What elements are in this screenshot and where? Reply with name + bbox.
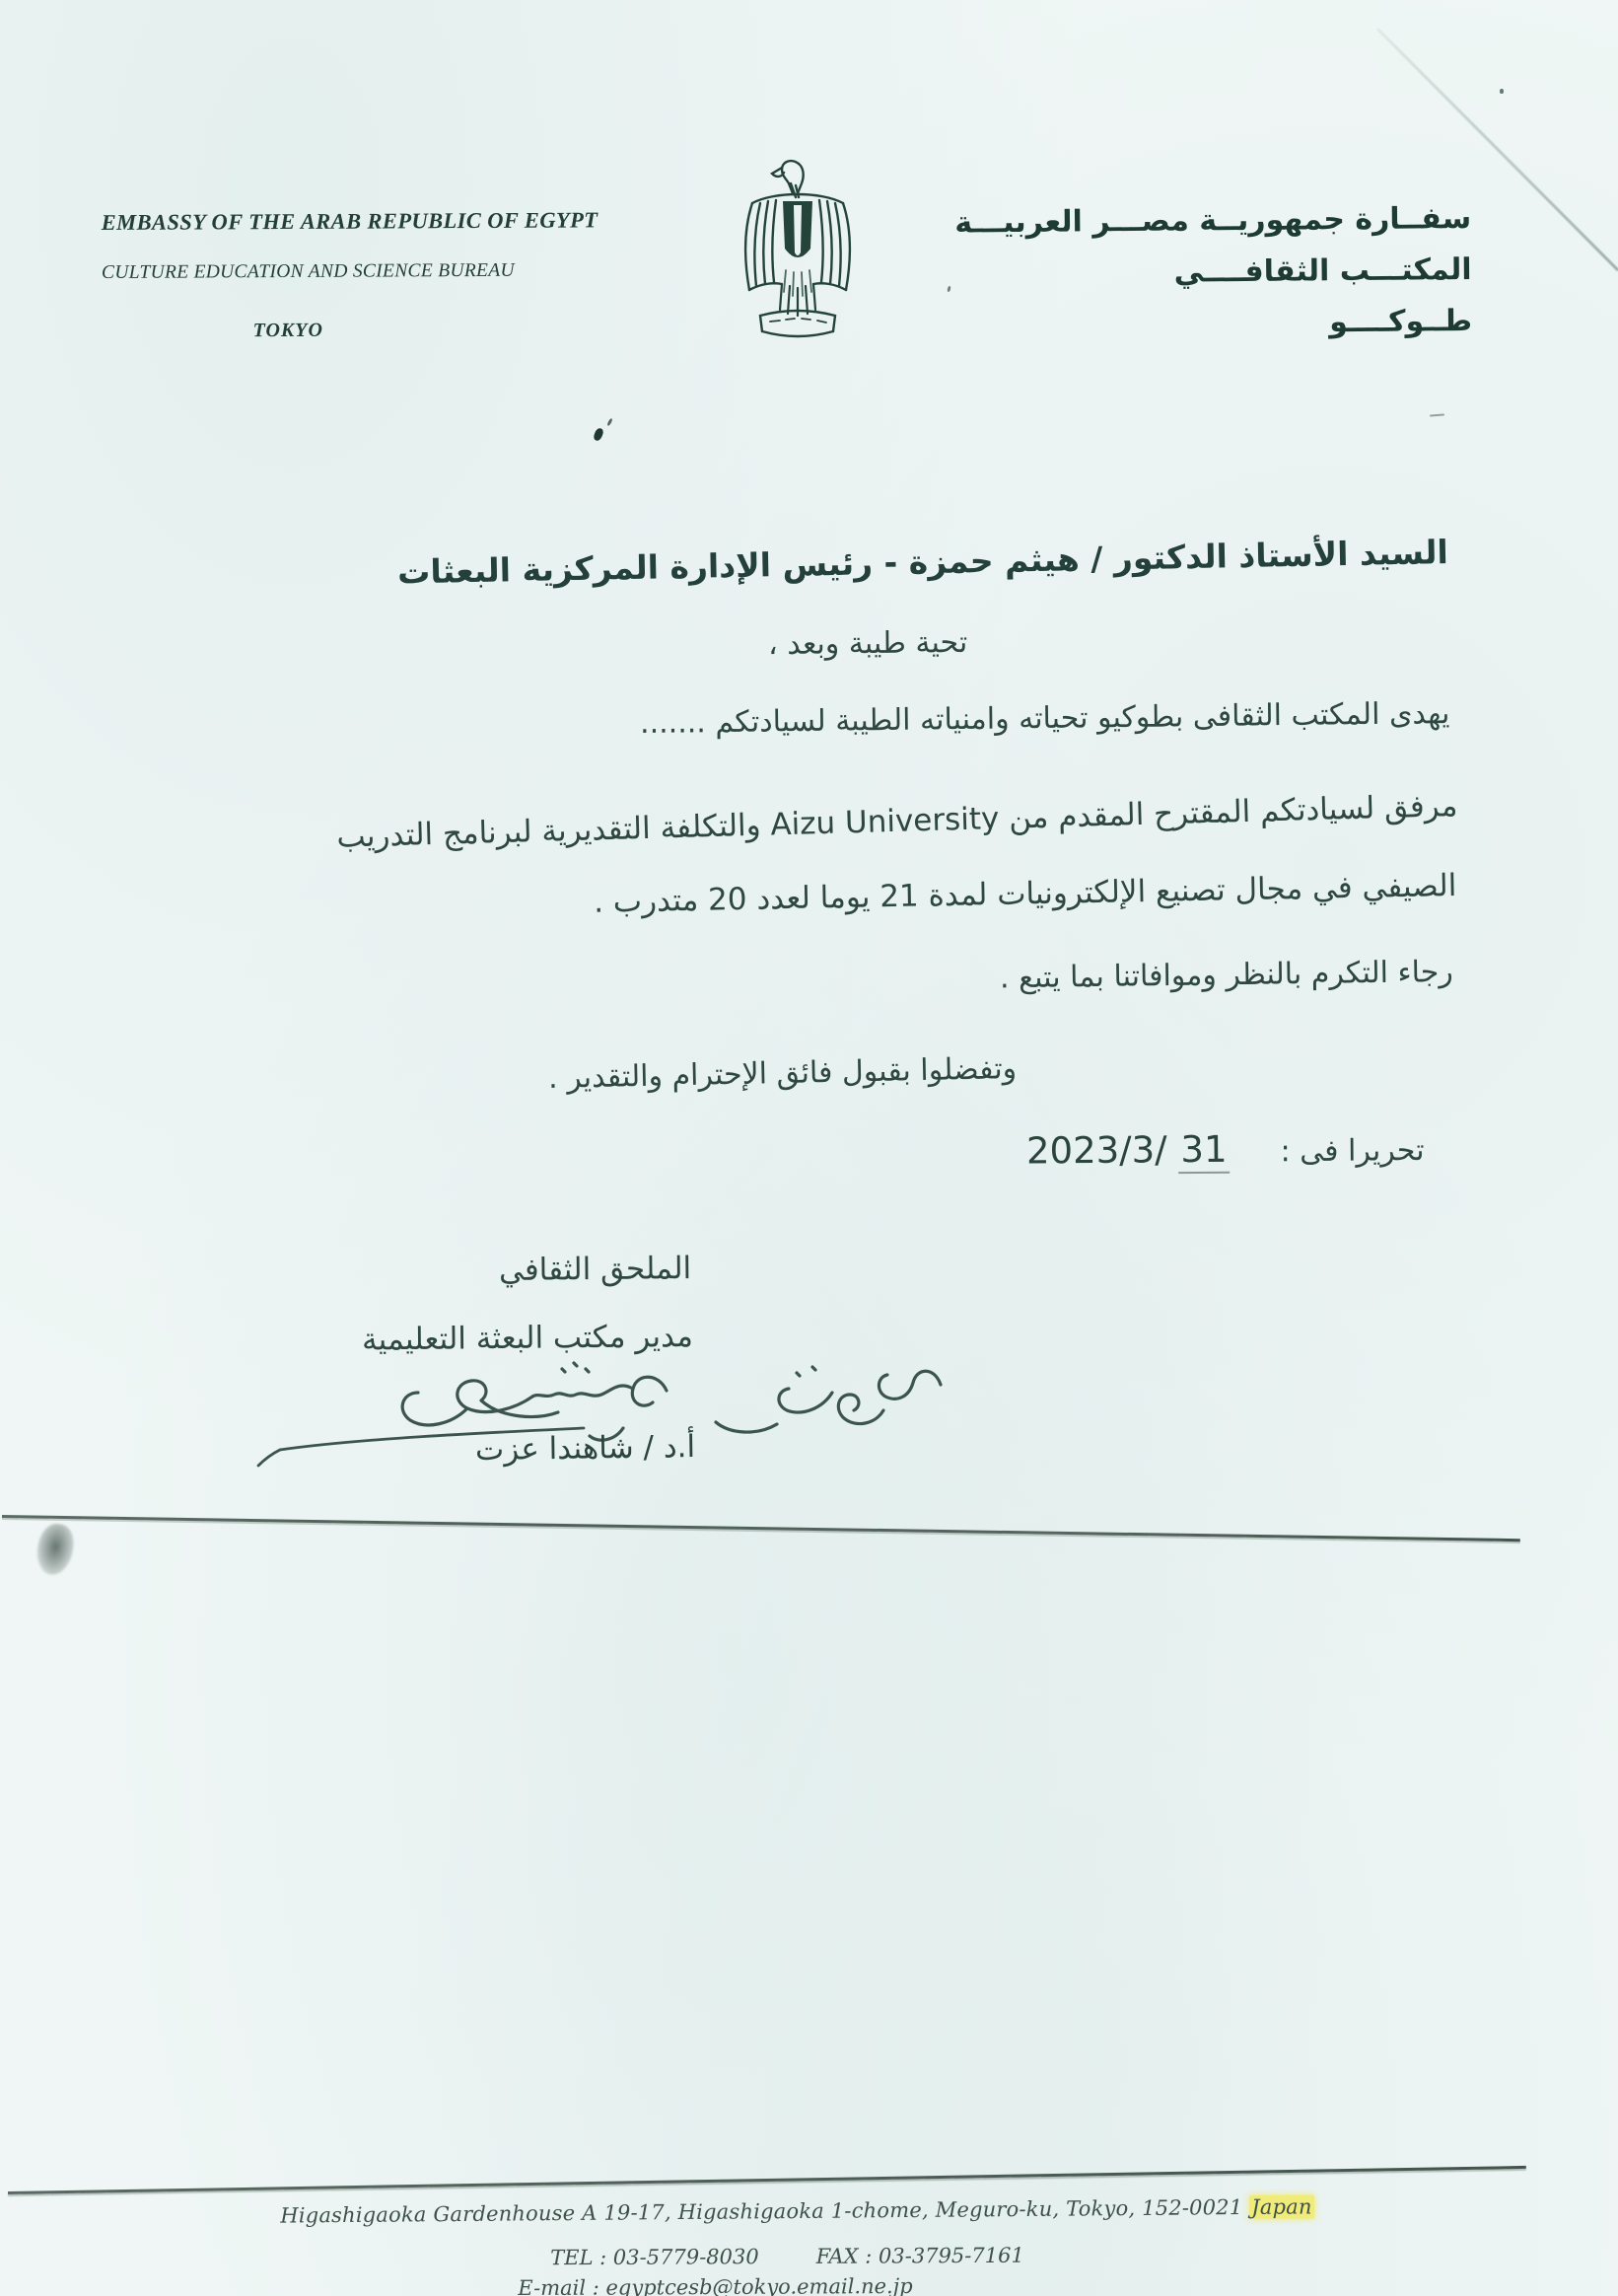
date-year-month: 2023/3/ bbox=[1026, 1128, 1179, 1172]
request-line: رجاء التكرم بالنظر وموافاتنا بما يتبع . bbox=[1000, 955, 1453, 995]
signer-title: الملحق الثقافي bbox=[499, 1251, 692, 1288]
footer-address: Higashigaoka Gardenhouse A 19-17, Higash… bbox=[0, 2192, 1606, 2230]
ink-speck bbox=[606, 418, 612, 426]
ink-speck bbox=[947, 286, 950, 293]
bureau-name-en: CULTURE EDUCATION AND SCIENCE BUREAU bbox=[102, 260, 474, 284]
date-line: تحريرا فى :2023/3/ 31 bbox=[1026, 1126, 1425, 1173]
city-name-ar: طــوكــــو bbox=[955, 296, 1472, 352]
footer-address-text: Higashigaoka Gardenhouse A 19-17, Higash… bbox=[280, 2195, 1249, 2228]
date-day: 31 bbox=[1179, 1128, 1230, 1174]
footer-email: E-mail : egyptcesb@tokyo.email.ne.jp bbox=[0, 2271, 1524, 2296]
body-paragraph-line-1: مرفق لسيادتكم المقترح المقدم من Aizu Uni… bbox=[336, 788, 1458, 855]
embassy-name-en: EMBASSY OF THE ARAB REPUBLIC OF EGYPT bbox=[102, 208, 474, 236]
date-label: تحريرا فى : bbox=[1281, 1133, 1425, 1169]
date-value: 2023/3/ 31 bbox=[1026, 1128, 1230, 1174]
greeting-line: تحية طيبة وبعد ، bbox=[768, 625, 968, 662]
intro-line: يهدى المكتب الثقافى بطوكيو تحياته وامنيا… bbox=[639, 696, 1449, 741]
fingerprint-smudge bbox=[34, 1522, 77, 1578]
footer-rule-line bbox=[8, 2166, 1526, 2194]
footer-tel: TEL : 03-5779-8030 bbox=[550, 2245, 759, 2269]
body-paragraph-line-2: الصيفي في مجال تصنيع الإلكترونيات لمدة 2… bbox=[594, 868, 1457, 920]
pencil-dash-mark bbox=[1430, 413, 1444, 416]
footer-fax: FAX : 03-3795-7161 bbox=[816, 2244, 1024, 2268]
ink-speck bbox=[1500, 89, 1504, 94]
ink-blot bbox=[593, 427, 605, 442]
signer-name: أ.د / شاهندا عزت bbox=[475, 1429, 696, 1468]
footer-address-country-highlighted: Japan bbox=[1249, 2194, 1314, 2219]
letterhead-arabic-block: سفــارة جمهوريــة مصـــر العربيـــة المك… bbox=[954, 193, 1472, 352]
embassy-name-ar: سفــارة جمهوريــة مصـــر العربيـــة bbox=[954, 193, 1471, 250]
egypt-eagle-emblem-icon bbox=[737, 154, 859, 349]
bureau-name-ar: المكتـــب الثقافــــي bbox=[955, 245, 1472, 301]
section-divider-line bbox=[2, 1515, 1520, 1542]
scanned-letter-page: EMBASSY OF THE ARAB REPUBLIC OF EGYPT CU… bbox=[0, 0, 1618, 2296]
salutation-line: السيد الأستاذ الدكتور / هيثم حمزة - رئيس… bbox=[397, 533, 1448, 591]
city-name-en: TOKYO bbox=[102, 319, 474, 343]
handwritten-signature-icon bbox=[245, 1333, 954, 1491]
footer-tel-fax: TEL : 03-5779-8030FAX : 03-3795-7161 bbox=[0, 2241, 1596, 2273]
closing-line: وتفضلوا بقبول فائق الإحترام والتقدير . bbox=[548, 1051, 1018, 1096]
letterhead-english-block: EMBASSY OF THE ARAB REPUBLIC OF EGYPT CU… bbox=[102, 208, 475, 343]
